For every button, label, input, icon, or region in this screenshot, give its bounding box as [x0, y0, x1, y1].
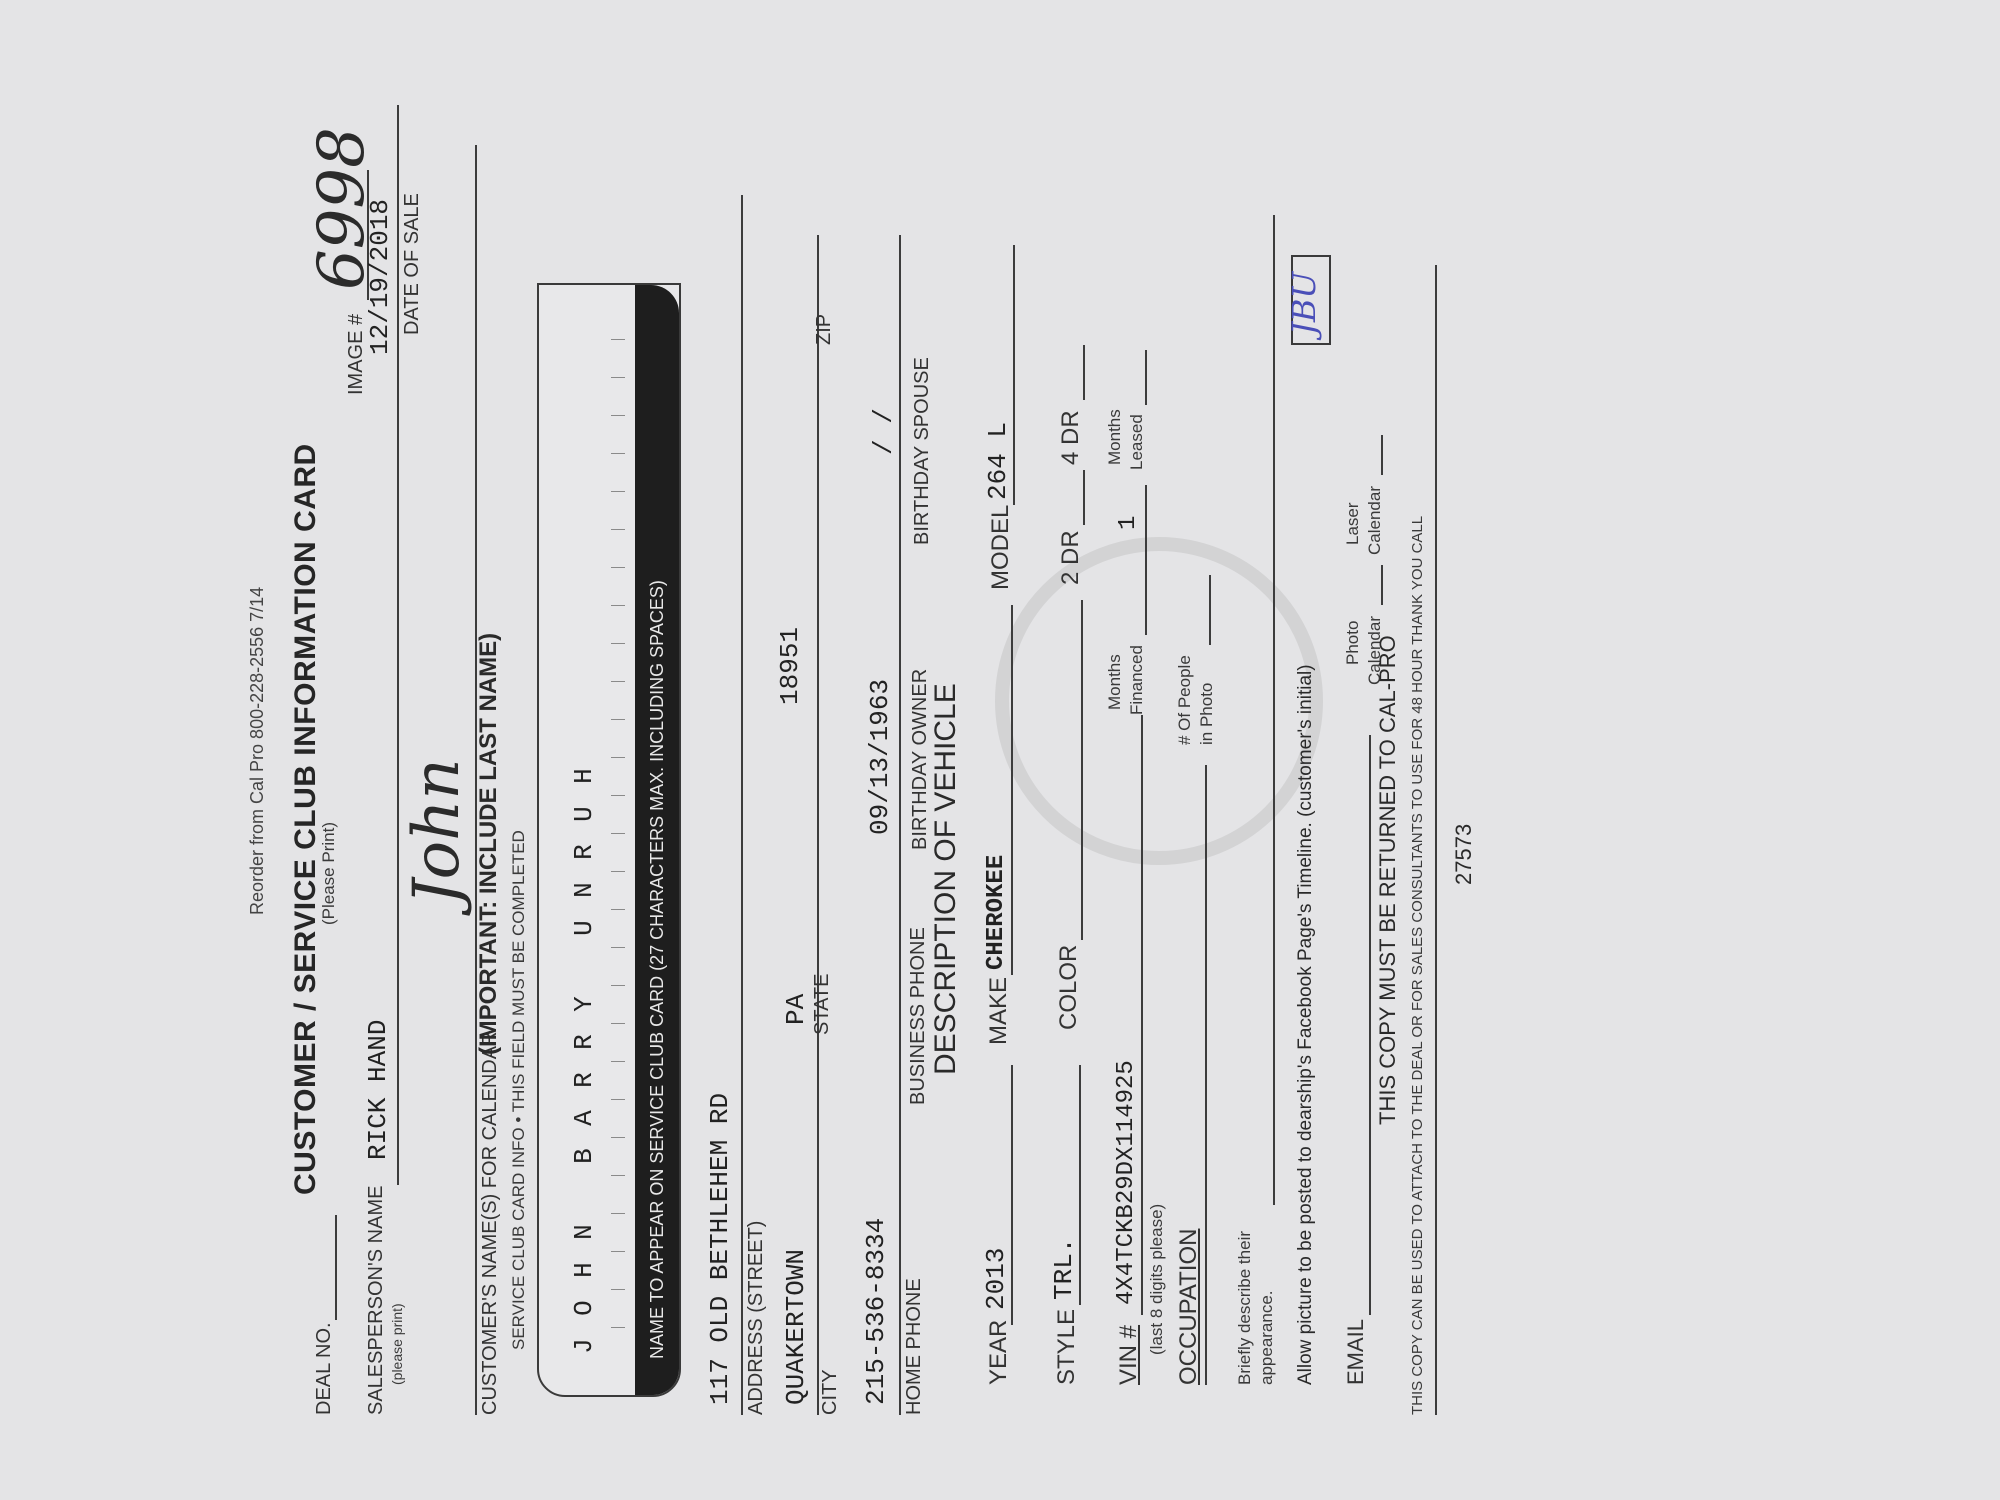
street-value: 117 OLD BETHLEHEM RD — [705, 1093, 735, 1405]
salesperson-label: SALESPERSON'S NAME — [365, 1186, 388, 1415]
service-club-letter-cell[interactable] — [569, 681, 629, 719]
service-club-name-box[interactable]: JOHN BARRY UNRUH NAME TO APPEAR ON SERVI… — [537, 283, 681, 1397]
service-club-letter-cell[interactable]: N — [569, 871, 629, 909]
service-club-letter-cell[interactable]: Y — [569, 985, 629, 1023]
calendar-name-handwritten: John — [400, 758, 474, 905]
color-label: COLOR — [1055, 945, 1083, 1030]
service-club-letter-cell[interactable]: J — [569, 1327, 629, 1365]
zip-label: ZIP — [813, 314, 836, 345]
months-leased-field[interactable] — [1145, 350, 1147, 405]
people-label-2: in Photo — [1197, 683, 1217, 745]
home-phone-value: 215-536-8334 — [861, 1218, 891, 1405]
business-phone-label: BUSINESS PHONE — [907, 927, 930, 1105]
service-club-letter-cell[interactable] — [569, 605, 629, 643]
service-club-letter-cell[interactable] — [569, 491, 629, 529]
service-club-letters: JOHN BARRY UNRUH — [569, 339, 629, 1365]
usage-notice: THIS COPY CAN BE USED TO ATTACH TO THE D… — [1409, 516, 1426, 1415]
initials-value: JBU — [1285, 272, 1323, 335]
service-club-letter-cell[interactable]: N — [569, 1213, 629, 1251]
vin-field[interactable] — [1141, 715, 1143, 1315]
return-notice: THIS COPY MUST BE RETURNED TO CAL-PRO — [1375, 635, 1401, 1125]
service-club-letter-cell[interactable]: O — [569, 1289, 629, 1327]
model-field[interactable] — [1013, 245, 1015, 505]
street-label: ADDRESS (STREET) — [745, 1221, 768, 1415]
four-door-label: 4 DR — [1057, 410, 1085, 465]
form-title: CUSTOMER / SERVICE CLUB INFORMATION CARD — [289, 443, 323, 1195]
color-field[interactable] — [1081, 600, 1083, 940]
city-label: CITY — [819, 1369, 842, 1415]
make-field[interactable] — [1011, 605, 1013, 975]
vin-value: 4X4TCKB29DX114925 — [1113, 1060, 1140, 1305]
people-label-1: # Of People — [1175, 655, 1195, 745]
date-of-sale-value: 12/19/2018 — [365, 199, 395, 355]
state-value: PA — [781, 994, 811, 1025]
service-club-letter-cell[interactable]: R — [569, 833, 629, 871]
date-of-sale-label: DATE OF SALE — [401, 193, 424, 335]
model-value: 264 L — [983, 422, 1013, 500]
state-label: STATE — [811, 974, 834, 1035]
photo-calendar-label-1: Photo — [1343, 621, 1363, 665]
city-value: QUAKERTOWN — [781, 1249, 811, 1405]
vin-label: VIN # — [1115, 1325, 1143, 1385]
form-number: 27573 — [1451, 824, 1477, 885]
salesperson-field[interactable] — [397, 105, 399, 1185]
service-club-letter-cell[interactable] — [569, 1175, 629, 1213]
service-club-letter-cell[interactable]: A — [569, 1099, 629, 1137]
facebook-consent-text: Allow picture to be posted to dearship's… — [1295, 664, 1317, 1385]
style-field[interactable] — [1079, 1065, 1081, 1305]
laser-calendar-label-2: Calendar — [1365, 486, 1385, 555]
service-club-letter-cell[interactable] — [569, 339, 629, 377]
year-label: YEAR — [985, 1320, 1013, 1385]
birthday-spouse-value: / / — [869, 408, 899, 455]
laser-calendar-field[interactable] — [1381, 435, 1383, 475]
service-club-band: NAME TO APPEAR ON SERVICE CLUB CARD (27 … — [635, 285, 679, 1395]
months-financed-field[interactable] — [1145, 485, 1147, 635]
months-financed-label-2: Financed — [1127, 645, 1147, 715]
city-state-zip-field[interactable] — [817, 235, 819, 1415]
salesperson-sublabel: (please print) — [389, 1303, 405, 1385]
occupation-field[interactable] — [1205, 765, 1207, 1385]
style-label: STYLE — [1053, 1309, 1081, 1385]
birthday-spouse-label: BIRTHDAY SPOUSE — [911, 357, 934, 545]
months-leased-value: 1 — [1115, 516, 1142, 530]
reorder-text: Reorder from Cal Pro 800-228-2556 7/14 — [247, 587, 268, 915]
form-subtitle: (Please Print) — [319, 822, 339, 925]
service-club-letter-cell[interactable]: U — [569, 795, 629, 833]
two-door-label: 2 DR — [1057, 530, 1085, 585]
service-club-letter-cell[interactable] — [569, 415, 629, 453]
service-club-letter-cell[interactable]: H — [569, 757, 629, 795]
calendar-name-label: CUSTOMER'S NAME(S) FOR CALENDAR — [479, 1032, 502, 1416]
service-club-letter-cell[interactable] — [569, 643, 629, 681]
months-leased-label-2: Leased — [1127, 414, 1147, 470]
zip-value: 18951 — [775, 627, 805, 705]
service-club-letter-cell[interactable] — [569, 947, 629, 985]
appearance-label-2: appearance. — [1257, 1290, 1277, 1385]
service-club-letter-cell[interactable]: H — [569, 1251, 629, 1289]
two-door-field[interactable] — [1083, 470, 1085, 525]
people-in-photo-field[interactable] — [1209, 575, 1211, 645]
service-club-letter-cell[interactable]: R — [569, 1023, 629, 1061]
footer-divider — [1435, 265, 1437, 1415]
months-financed-label-1: Months — [1105, 654, 1125, 710]
year-value: 2013 — [981, 1248, 1011, 1310]
laser-calendar-label-1: Laser — [1343, 502, 1363, 545]
phone-birthday-field[interactable] — [899, 235, 901, 1415]
street-field[interactable] — [741, 195, 743, 1415]
months-leased-label-1: Months — [1105, 409, 1125, 465]
salesperson-value: RICK HAND — [363, 1020, 393, 1160]
service-club-letter-cell[interactable]: B — [569, 1137, 629, 1175]
email-label: EMAIL — [1343, 1319, 1369, 1385]
four-door-field[interactable] — [1083, 345, 1085, 400]
appearance-label-1: Briefly describe their — [1235, 1231, 1255, 1385]
deal-no-label: DEAL NO. — [313, 1322, 336, 1415]
service-club-letter-cell[interactable] — [569, 453, 629, 491]
model-label: MODEL — [987, 505, 1015, 590]
calendar-important-note: (IMPORTANT: INCLUDE LAST NAME) — [475, 633, 503, 1055]
appearance-field[interactable] — [1273, 215, 1275, 1205]
service-club-letter-cell[interactable] — [569, 719, 629, 757]
style-value: TRL. — [1049, 1238, 1079, 1300]
calendar-field-note: SERVICE CLUB CARD INFO • THIS FIELD MUST… — [509, 830, 529, 1350]
vin-note: (last 8 digits please) — [1147, 1204, 1167, 1355]
year-field[interactable] — [1011, 1065, 1013, 1325]
home-phone-label: HOME PHONE — [903, 1278, 926, 1415]
service-club-form: Reorder from Cal Pro 800-228-2556 7/14 D… — [305, 125, 1565, 1425]
service-club-letter-cell[interactable] — [569, 567, 629, 605]
vehicle-section-title: DESCRIPTION OF VEHICLE — [929, 683, 963, 1075]
make-value: CHEROKEE — [983, 855, 1010, 970]
occupation-label: OCCUPATION — [1175, 1229, 1203, 1385]
service-club-letter-cell[interactable] — [569, 529, 629, 567]
service-club-letter-cell[interactable] — [569, 377, 629, 415]
make-label: MAKE — [985, 977, 1013, 1045]
service-club-letter-cell[interactable]: R — [569, 1061, 629, 1099]
email-field[interactable] — [1369, 735, 1371, 1315]
service-club-letter-cell[interactable]: U — [569, 909, 629, 947]
birthday-owner-value: 09/13/1963 — [865, 679, 895, 835]
deal-no-field[interactable] — [335, 1215, 337, 1320]
photo-calendar-field[interactable] — [1381, 565, 1383, 605]
